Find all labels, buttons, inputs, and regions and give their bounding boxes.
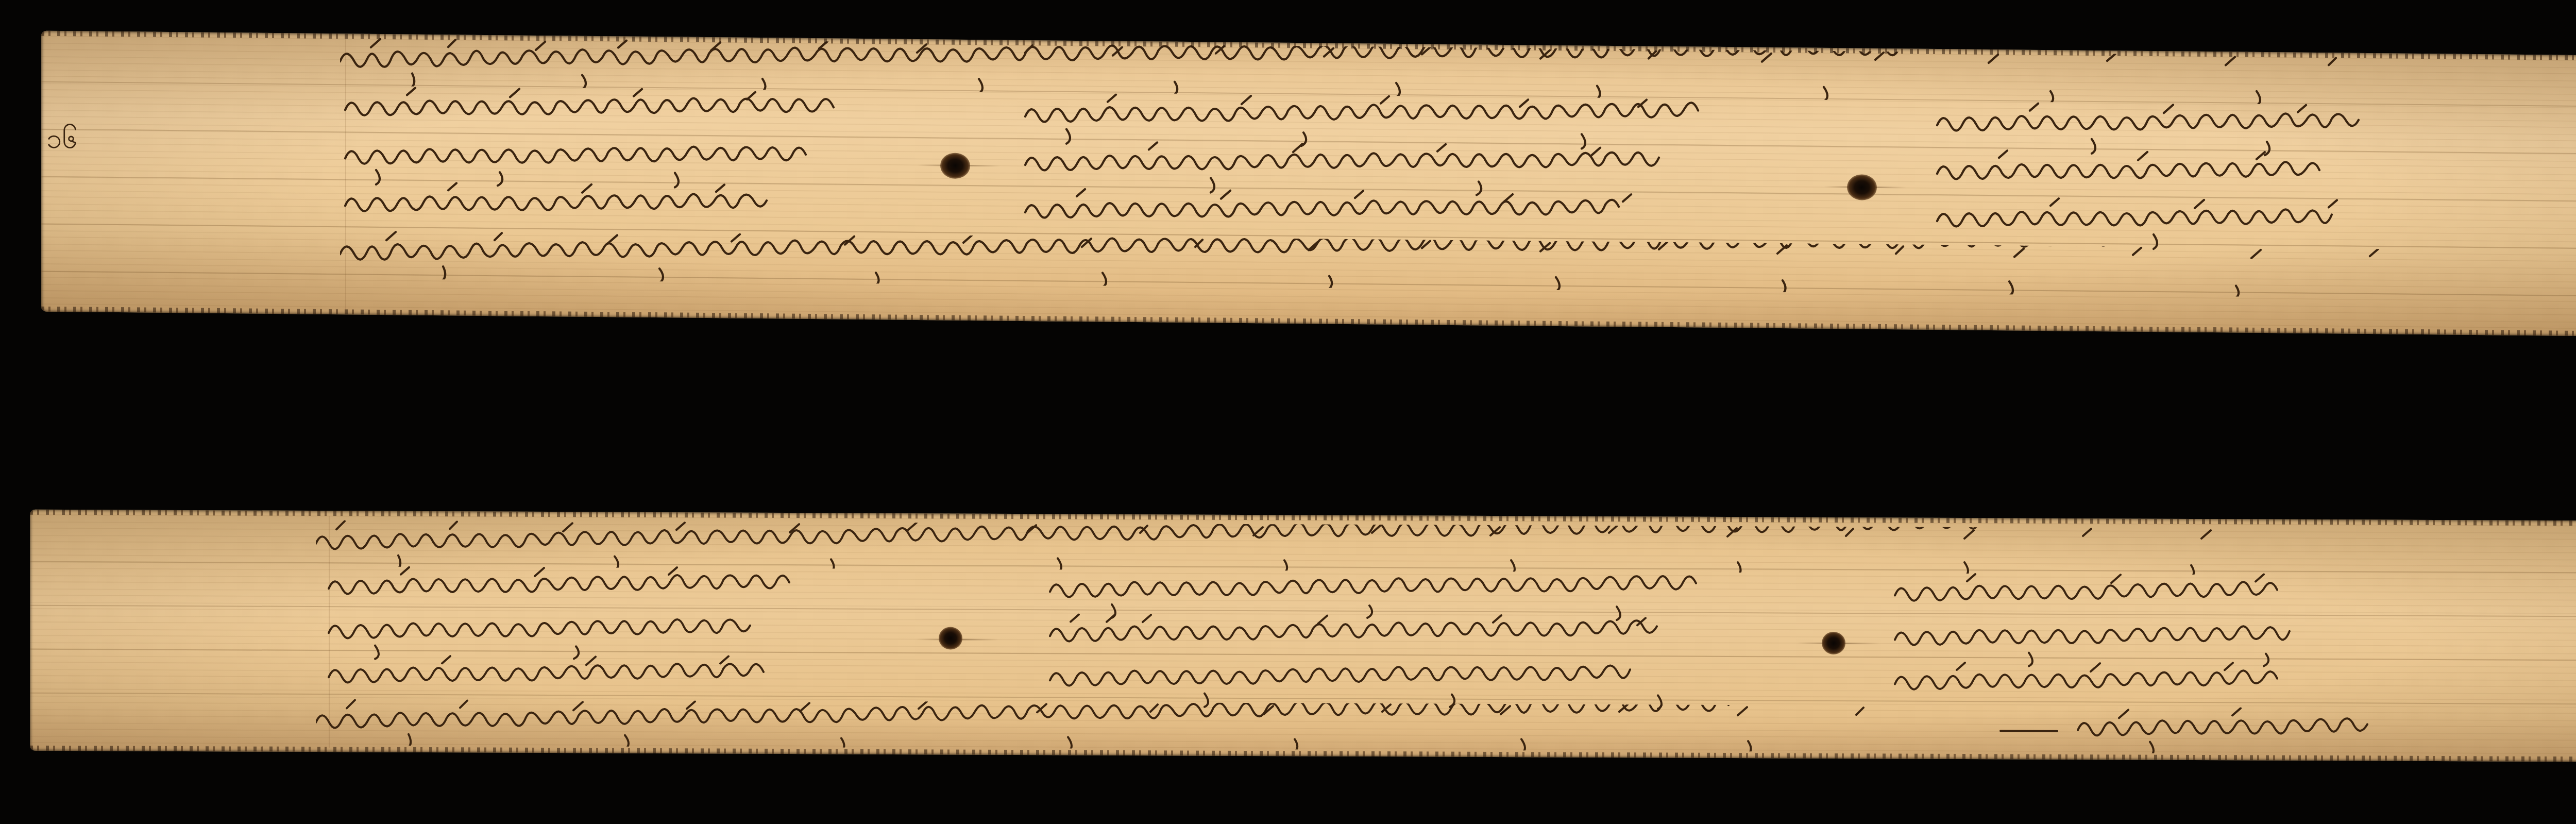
script-line-2-middle xyxy=(1025,92,1747,146)
script-line-2-left xyxy=(345,85,860,138)
script-line-3-left xyxy=(345,132,860,185)
script-line-4-middle xyxy=(1050,657,1735,704)
script-line-2-middle xyxy=(1050,568,1735,615)
left-column-text xyxy=(345,85,860,232)
right-column-text xyxy=(1895,571,2410,707)
script-line-2-right xyxy=(1937,100,2452,153)
string-hole-right xyxy=(1847,174,1877,200)
script-line-2-right xyxy=(1895,571,2410,618)
script-line-2-left xyxy=(329,565,823,611)
script-line-3-right xyxy=(1937,148,2452,200)
right-column-text xyxy=(1937,100,2452,248)
folio-number-marker: ၁၆ xyxy=(46,121,78,162)
middle-column-text xyxy=(1050,568,1735,704)
script-line-4-right xyxy=(1937,195,2452,248)
string-hole-left xyxy=(939,627,962,649)
left-column-text xyxy=(329,565,823,700)
script-line-4-left xyxy=(345,180,860,232)
script-line-3-middle xyxy=(1025,139,1747,193)
middle-column-text xyxy=(1025,92,1747,241)
script-line-4-left xyxy=(329,653,823,700)
string-hole-left xyxy=(940,153,970,179)
string-hole-right xyxy=(1822,632,1845,654)
script-line-4-right xyxy=(1895,660,2410,707)
palm-leaf-folio-bottom xyxy=(30,510,2576,763)
leaf-bottom-edge xyxy=(41,307,2576,337)
palm-leaf-folio-top: ၁၆ xyxy=(41,31,2576,337)
script-line-3-right xyxy=(1895,616,2410,662)
script-line-3-left xyxy=(329,609,823,655)
script-line-3-middle xyxy=(1050,612,1735,660)
script-line-4-middle xyxy=(1025,187,1747,241)
